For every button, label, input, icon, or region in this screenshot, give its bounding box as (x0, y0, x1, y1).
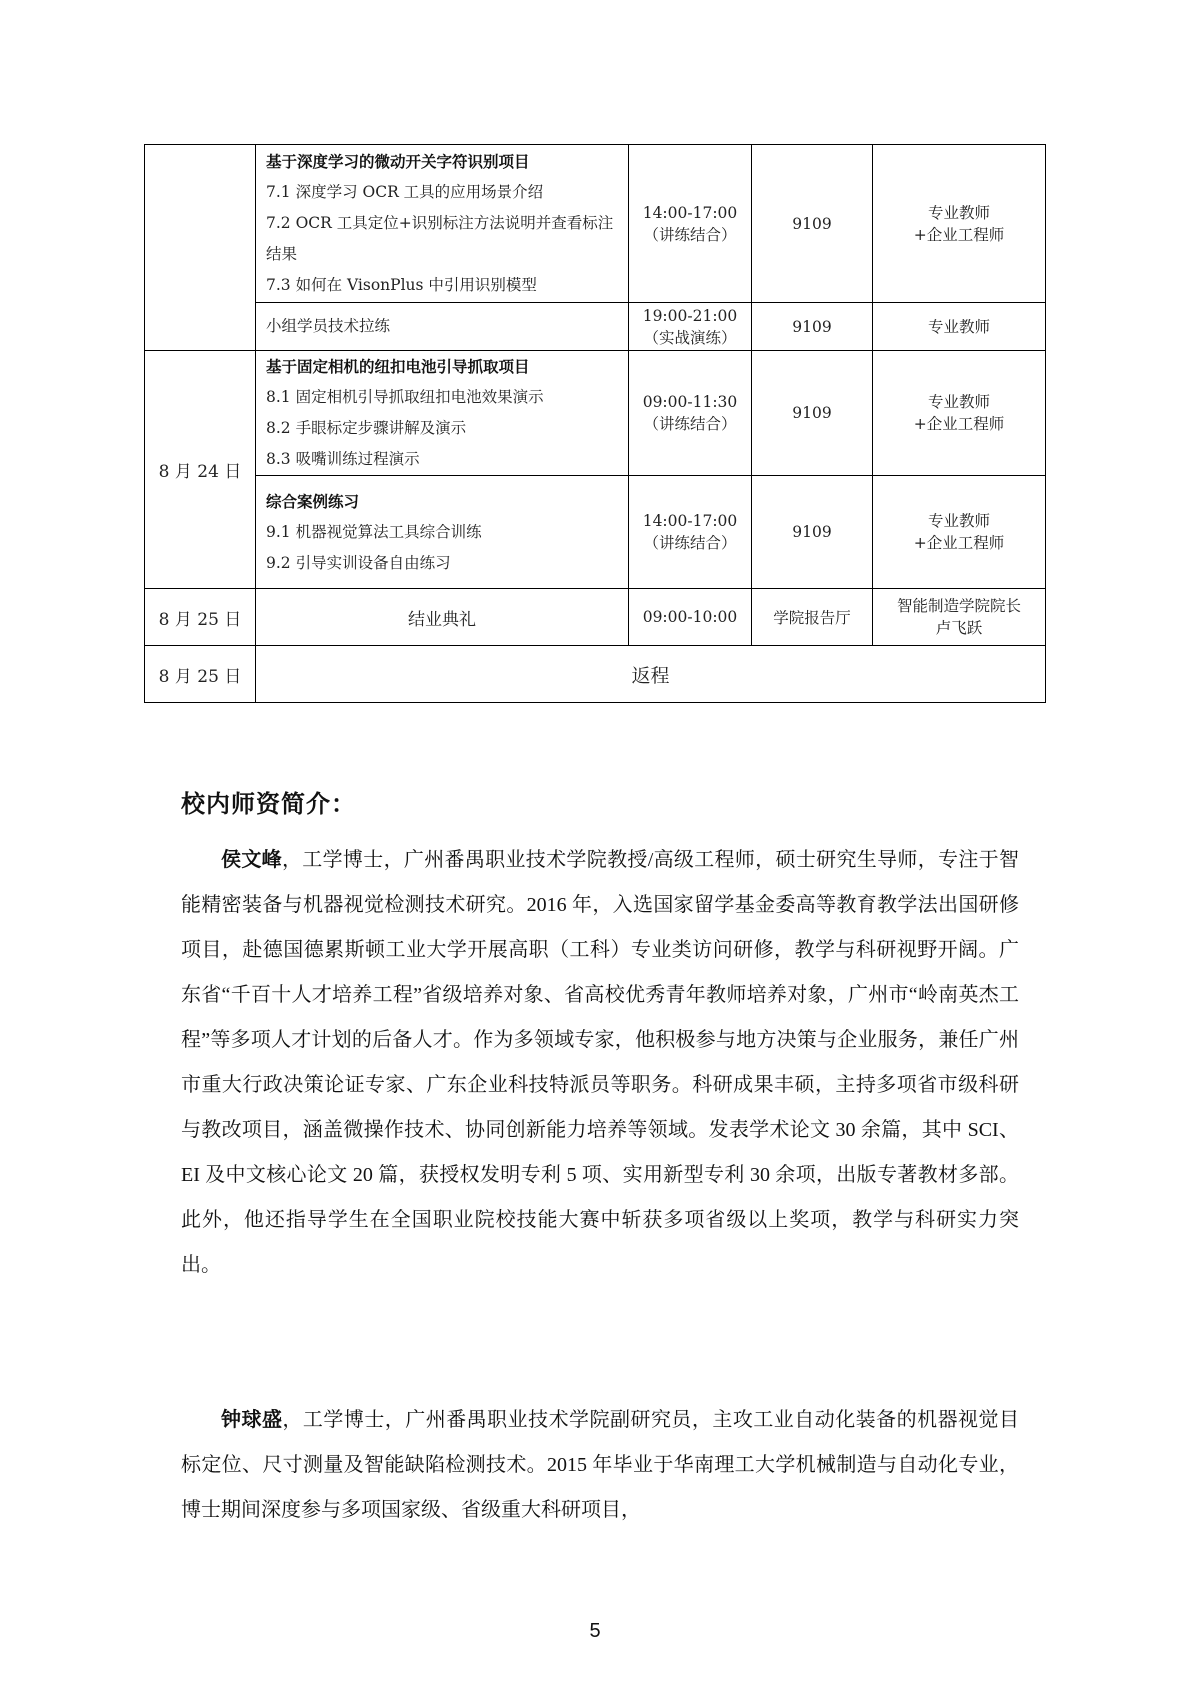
time-range: 14:00-17:00 (639, 202, 741, 224)
session-item: 8.2 手眼标定步骤讲解及演示 (266, 413, 618, 444)
date-cell: 8 月 25 日 (145, 589, 256, 646)
session-item: 8.1 固定相机引导抓取纽扣电池效果演示 (266, 382, 618, 413)
section-title: 校内师资简介： (181, 784, 356, 819)
teacher-line: 专业教师 (883, 391, 1035, 413)
date-cell (145, 145, 256, 351)
room-cell: 9109 (752, 476, 873, 589)
session-item: 7.2 OCR 工具定位+识别标注方法说明并查看标注结果 (266, 208, 618, 270)
faculty-bio: ，工学博士，广州番禺职业技术学院教授/高级工程师，硕士研究生导师，专注于智能精密… (181, 849, 1019, 1276)
room-cell: 9109 (752, 351, 873, 476)
time-range: 14:00-17:00 (639, 510, 741, 532)
faculty-profile: 侯文峰，工学博士，广州番禺职业技术学院教授/高级工程师，硕士研究生导师，专注于智… (181, 838, 1019, 1288)
content-cell: 基于固定相机的纽扣电池引导抓取项目 8.1 固定相机引导抓取纽扣电池效果演示 8… (256, 351, 629, 476)
session-title: 基于深度学习的微动开关字符识别项目 (266, 146, 618, 177)
page-number: 5 (0, 1620, 1190, 1643)
session-mode: （讲练结合） (639, 224, 741, 246)
session-item: 9.2 引导实训设备自由练习 (266, 548, 618, 579)
teacher-cell: 智能制造学院院长 卢飞跃 (873, 589, 1046, 646)
schedule-table: 基于深度学习的微动开关字符识别项目 7.1 深度学习 OCR 工具的应用场景介绍… (144, 144, 1046, 703)
date-cell: 8 月 24 日 (145, 351, 256, 589)
faculty-name: 钟球盛 (221, 1409, 282, 1431)
time-range: 09:00-11:30 (639, 391, 741, 413)
document-page: 基于深度学习的微动开关字符识别项目 7.1 深度学习 OCR 工具的应用场景介绍… (0, 0, 1190, 1683)
session-mode: （实战演练） (639, 327, 741, 349)
time-cell: 19:00-21:00 （实战演练） (629, 303, 752, 351)
teacher-line: +企业工程师 (883, 413, 1035, 435)
room-cell: 9109 (752, 303, 873, 351)
date-cell: 8 月 25 日 (145, 646, 256, 703)
session-item: 7.3 如何在 VisonPlus 中引用识别模型 (266, 270, 618, 301)
room-cell: 9109 (752, 145, 873, 303)
teacher-line: 智能制造学院院长 (883, 595, 1035, 617)
session-title: 小组学员技术拉练 (266, 311, 618, 342)
teacher-cell: 专业教师 +企业工程师 (873, 145, 1046, 303)
content-cell: 小组学员技术拉练 (256, 303, 629, 351)
session-item: 8.3 吸嘴训练过程演示 (266, 444, 618, 475)
time-cell: 09:00-11:30 （讲练结合） (629, 351, 752, 476)
schedule-row: 8 月 25 日 返程 (145, 646, 1046, 703)
teacher-line: +企业工程师 (883, 224, 1035, 246)
content-cell: 综合案例练习 9.1 机器视觉算法工具综合训练 9.2 引导实训设备自由练习 (256, 476, 629, 589)
room-cell: 学院报告厅 (752, 589, 873, 646)
session-mode: （讲练结合） (639, 413, 741, 435)
faculty-name: 侯文峰 (221, 849, 282, 871)
teacher-line: 专业教师 (883, 510, 1035, 532)
session-title: 综合案例练习 (266, 486, 618, 517)
teacher-cell: 专业教师 +企业工程师 (873, 476, 1046, 589)
faculty-profile: 钟球盛，工学博士，广州番禺职业技术学院副研究员，主攻工业自动化装备的机器视觉目标… (181, 1398, 1019, 1533)
teacher-line: 卢飞跃 (883, 617, 1035, 639)
session-mode: （讲练结合） (639, 532, 741, 554)
content-cell: 返程 (256, 646, 1046, 703)
faculty-bio: ，工学博士，广州番禺职业技术学院副研究员，主攻工业自动化装备的机器视觉目标定位、… (181, 1409, 1019, 1521)
schedule-row: 基于深度学习的微动开关字符识别项目 7.1 深度学习 OCR 工具的应用场景介绍… (145, 145, 1046, 303)
time-cell: 14:00-17:00 （讲练结合） (629, 145, 752, 303)
session-item: 9.1 机器视觉算法工具综合训练 (266, 517, 618, 548)
time-cell: 09:00-10:00 (629, 589, 752, 646)
teacher-cell: 专业教师 (873, 303, 1046, 351)
session-title: 基于固定相机的纽扣电池引导抓取项目 (266, 351, 618, 382)
schedule-row: 综合案例练习 9.1 机器视觉算法工具综合训练 9.2 引导实训设备自由练习 1… (145, 476, 1046, 589)
teacher-line: 专业教师 (883, 202, 1035, 224)
schedule-row: 小组学员技术拉练 19:00-21:00 （实战演练） 9109 专业教师 (145, 303, 1046, 351)
teacher-cell: 专业教师 +企业工程师 (873, 351, 1046, 476)
content-cell: 结业典礼 (256, 589, 629, 646)
time-cell: 14:00-17:00 （讲练结合） (629, 476, 752, 589)
schedule-row: 8 月 25 日 结业典礼 09:00-10:00 学院报告厅 智能制造学院院长… (145, 589, 1046, 646)
time-range: 19:00-21:00 (639, 305, 741, 327)
schedule-row: 8 月 24 日 基于固定相机的纽扣电池引导抓取项目 8.1 固定相机引导抓取纽… (145, 351, 1046, 476)
teacher-line: +企业工程师 (883, 532, 1035, 554)
session-item: 7.1 深度学习 OCR 工具的应用场景介绍 (266, 177, 618, 208)
content-cell: 基于深度学习的微动开关字符识别项目 7.1 深度学习 OCR 工具的应用场景介绍… (256, 145, 629, 303)
